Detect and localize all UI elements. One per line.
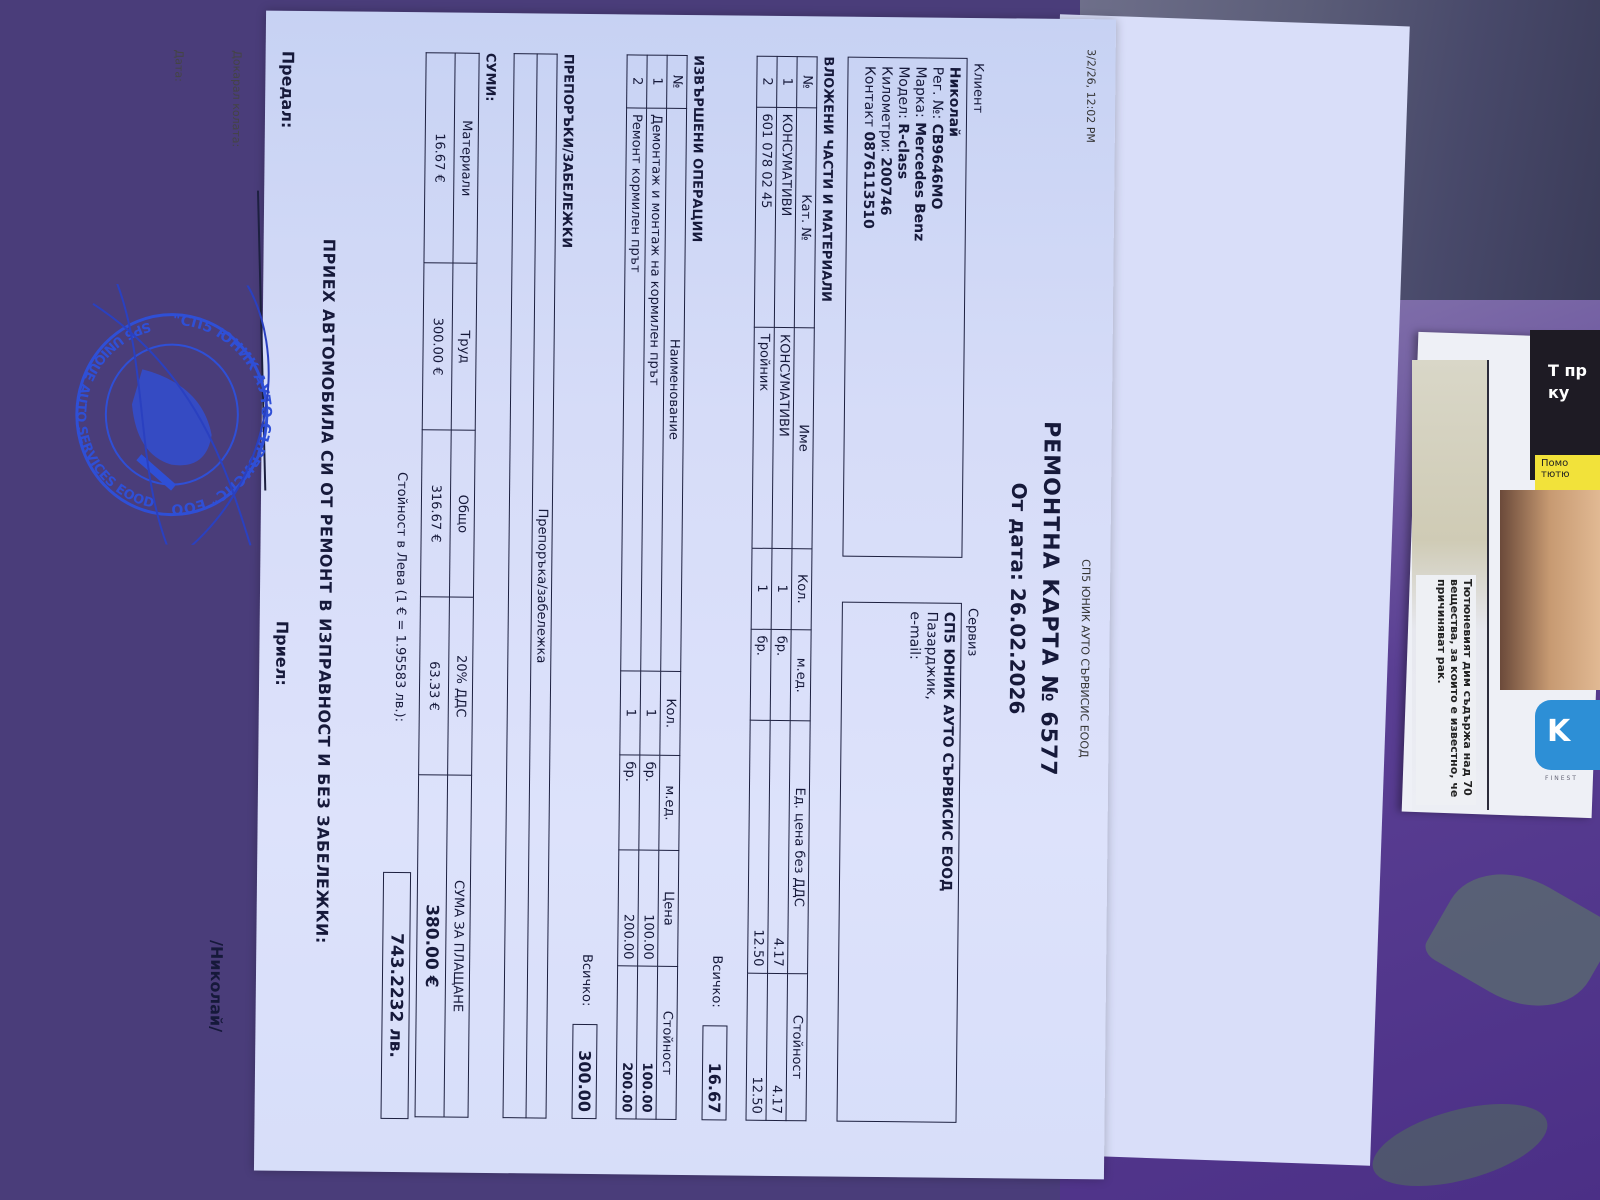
table-cell: 1 <box>620 670 641 755</box>
table-cell: КОНСУМАТИВИ <box>772 327 794 548</box>
table-cell: 2 <box>757 56 778 107</box>
table-cell: КОНСУМАТИВИ <box>774 107 796 328</box>
parts-total-label: Всичко: <box>709 955 725 1008</box>
recommendations-table: Препоръка/забележка <box>503 53 558 1118</box>
car-model: R-class <box>894 123 911 179</box>
table-cell: 1 <box>771 548 792 629</box>
document-date: От дата: 26.02.2026 <box>1000 18 1036 1178</box>
contact-phone: 0876113510 <box>860 131 877 229</box>
sums-value-cell: 16.67 € <box>424 53 455 263</box>
table-header-cell: м.ед. <box>659 755 680 850</box>
table-cell: 12.50 <box>748 721 771 974</box>
table-header-cell: м.ед. <box>790 629 811 721</box>
sums-header-cell: Общо <box>449 430 475 597</box>
reg-number: CB9646MO <box>928 124 945 210</box>
recommendations-section-title: ПРЕПОРЪКИ/ЗАБЕЛЕЖКИ <box>559 54 576 249</box>
operations-section-title: ИЗВЪРШЕНИ ОПЕРАЦИИ <box>689 55 706 242</box>
table-header-cell: Име <box>792 328 814 549</box>
table-cell: 2 <box>627 55 648 108</box>
print-header-company: СП5 ЮНИК АУТО СЪРВИСИС ЕООД <box>1077 559 1092 758</box>
operations-total-value: 300.00 <box>572 1024 598 1119</box>
sums-header-cell: Труд <box>451 263 477 430</box>
pack-yellow-label: Помо тютю <box>1535 455 1600 490</box>
print-timestamp: 3/2/26, 12:02 PM <box>1084 49 1098 143</box>
lev-conversion-label: Стойност в Лева (1 € = 1.95583 лв.): <box>392 472 410 722</box>
pack-brand-logo: K <box>1535 700 1600 770</box>
table-cell: 4.17 <box>766 973 788 1120</box>
health-warning-text: Тютюневият дим съдържа над 70 вещества, … <box>1416 575 1476 805</box>
table-header-cell: Кол. <box>791 548 812 629</box>
sums-value-cell: 63.33 € <box>419 597 450 775</box>
brought-car-label: Докарал колата: <box>230 50 244 147</box>
table-header-cell: Цена <box>658 850 679 966</box>
repair-card-document: 3/2/26, 12:02 PM СП5 ЮНИК АУТО СЪРВИСИС … <box>254 11 1116 1180</box>
table-cell: 1 <box>751 548 772 629</box>
operations-table: №НаименованиеКол.м.ед.ЦенаСтойност 1Демо… <box>616 54 688 1120</box>
service-info-box: СП5 ЮНИК АУТО СЪРВИСИС ЕООД Пазарджик, e… <box>836 602 961 1123</box>
client-info-box: Николай Рег. №: CB9646MO Марка: Mercedes… <box>842 57 967 558</box>
table-header-cell: Кол. <box>660 671 681 756</box>
pack-tagline: FINEST <box>1545 775 1578 782</box>
sums-header-cell: Материали <box>453 53 479 263</box>
handover-statement: ПРИЕХ АВТОМОБИЛА СИ ОТ РЕМОНТ В ИЗПРАВНО… <box>310 11 341 1171</box>
car-make: Mercedes Benz <box>911 122 928 241</box>
operations-total-label: Всичко: <box>579 954 595 1007</box>
table-header-cell: № <box>667 55 688 108</box>
client-heading: Клиент <box>970 63 986 113</box>
mileage: 200746 <box>877 157 894 216</box>
parts-table: №Кат. №ИмеКол.м.ед.Ед. цена без ДДССтойн… <box>745 56 817 1122</box>
table-cell: бр. <box>770 629 791 721</box>
table-cell: 100.00 <box>636 966 658 1119</box>
parts-total-value: 16.67 <box>702 1025 728 1120</box>
document-title: РЕМОНТНА КАРТА № 6577 <box>1031 19 1068 1179</box>
table-cell: 200.00 <box>616 966 638 1119</box>
table-cell: 1 <box>647 55 668 108</box>
table-cell: 12.50 <box>746 973 768 1120</box>
received-signature-name: /Николай/ <box>206 940 226 1032</box>
date-label: Дата: <box>172 50 185 82</box>
table-cell: 4.17 <box>768 721 791 974</box>
company-stamp: "СП5 ЮНИК АУТО СЪРВИСИС" ЕООД SP5 UNIQUE… <box>61 283 294 545</box>
table-cell: бр. <box>639 755 660 850</box>
table-cell: 1 <box>640 671 661 756</box>
table-header-cell: Ед. цена без ДДС <box>788 721 811 974</box>
table-cell: бр. <box>619 755 640 850</box>
table-header-cell: Кат. № <box>794 107 816 328</box>
parts-section-title: ВЛОЖЕНИ ЧАСТИ И МАТЕРИАЛИ <box>818 56 836 302</box>
table-cell: 1 <box>777 56 798 107</box>
table-header-cell: № <box>797 57 818 108</box>
table-cell: 200.00 <box>618 850 639 966</box>
table-header-cell: Стойност <box>786 973 808 1120</box>
sums-value-cell: 316.67 € <box>420 430 451 597</box>
sums-header-cell: 20% ДДС <box>448 597 474 775</box>
sums-header-cell: СУМА ЗА ПЛАЩАНЕ <box>444 775 472 1117</box>
sums-section-title: СУМИ: <box>482 53 498 102</box>
amount-due: 380.00 € <box>415 775 448 1117</box>
table-cell: Тройник <box>752 327 774 548</box>
pack-warning-photo <box>1500 490 1600 690</box>
table-cell: 601 078 02 45 <box>754 107 776 328</box>
table-header-cell: Стойност <box>656 966 678 1119</box>
sums-table: МатериалиТрудОбщо20% ДДССУМА ЗА ПЛАЩАНЕ … <box>415 52 480 1118</box>
table-cell: 100.00 <box>638 850 659 966</box>
sums-value-cell: 300.00 € <box>422 263 453 430</box>
received-label: Приел: <box>272 621 292 686</box>
gave-label: Предал: <box>278 51 298 129</box>
lev-total-value: 743.2232 лв. <box>380 872 411 1119</box>
service-heading: Сервиз <box>964 608 980 657</box>
table-cell: бр. <box>750 629 771 721</box>
